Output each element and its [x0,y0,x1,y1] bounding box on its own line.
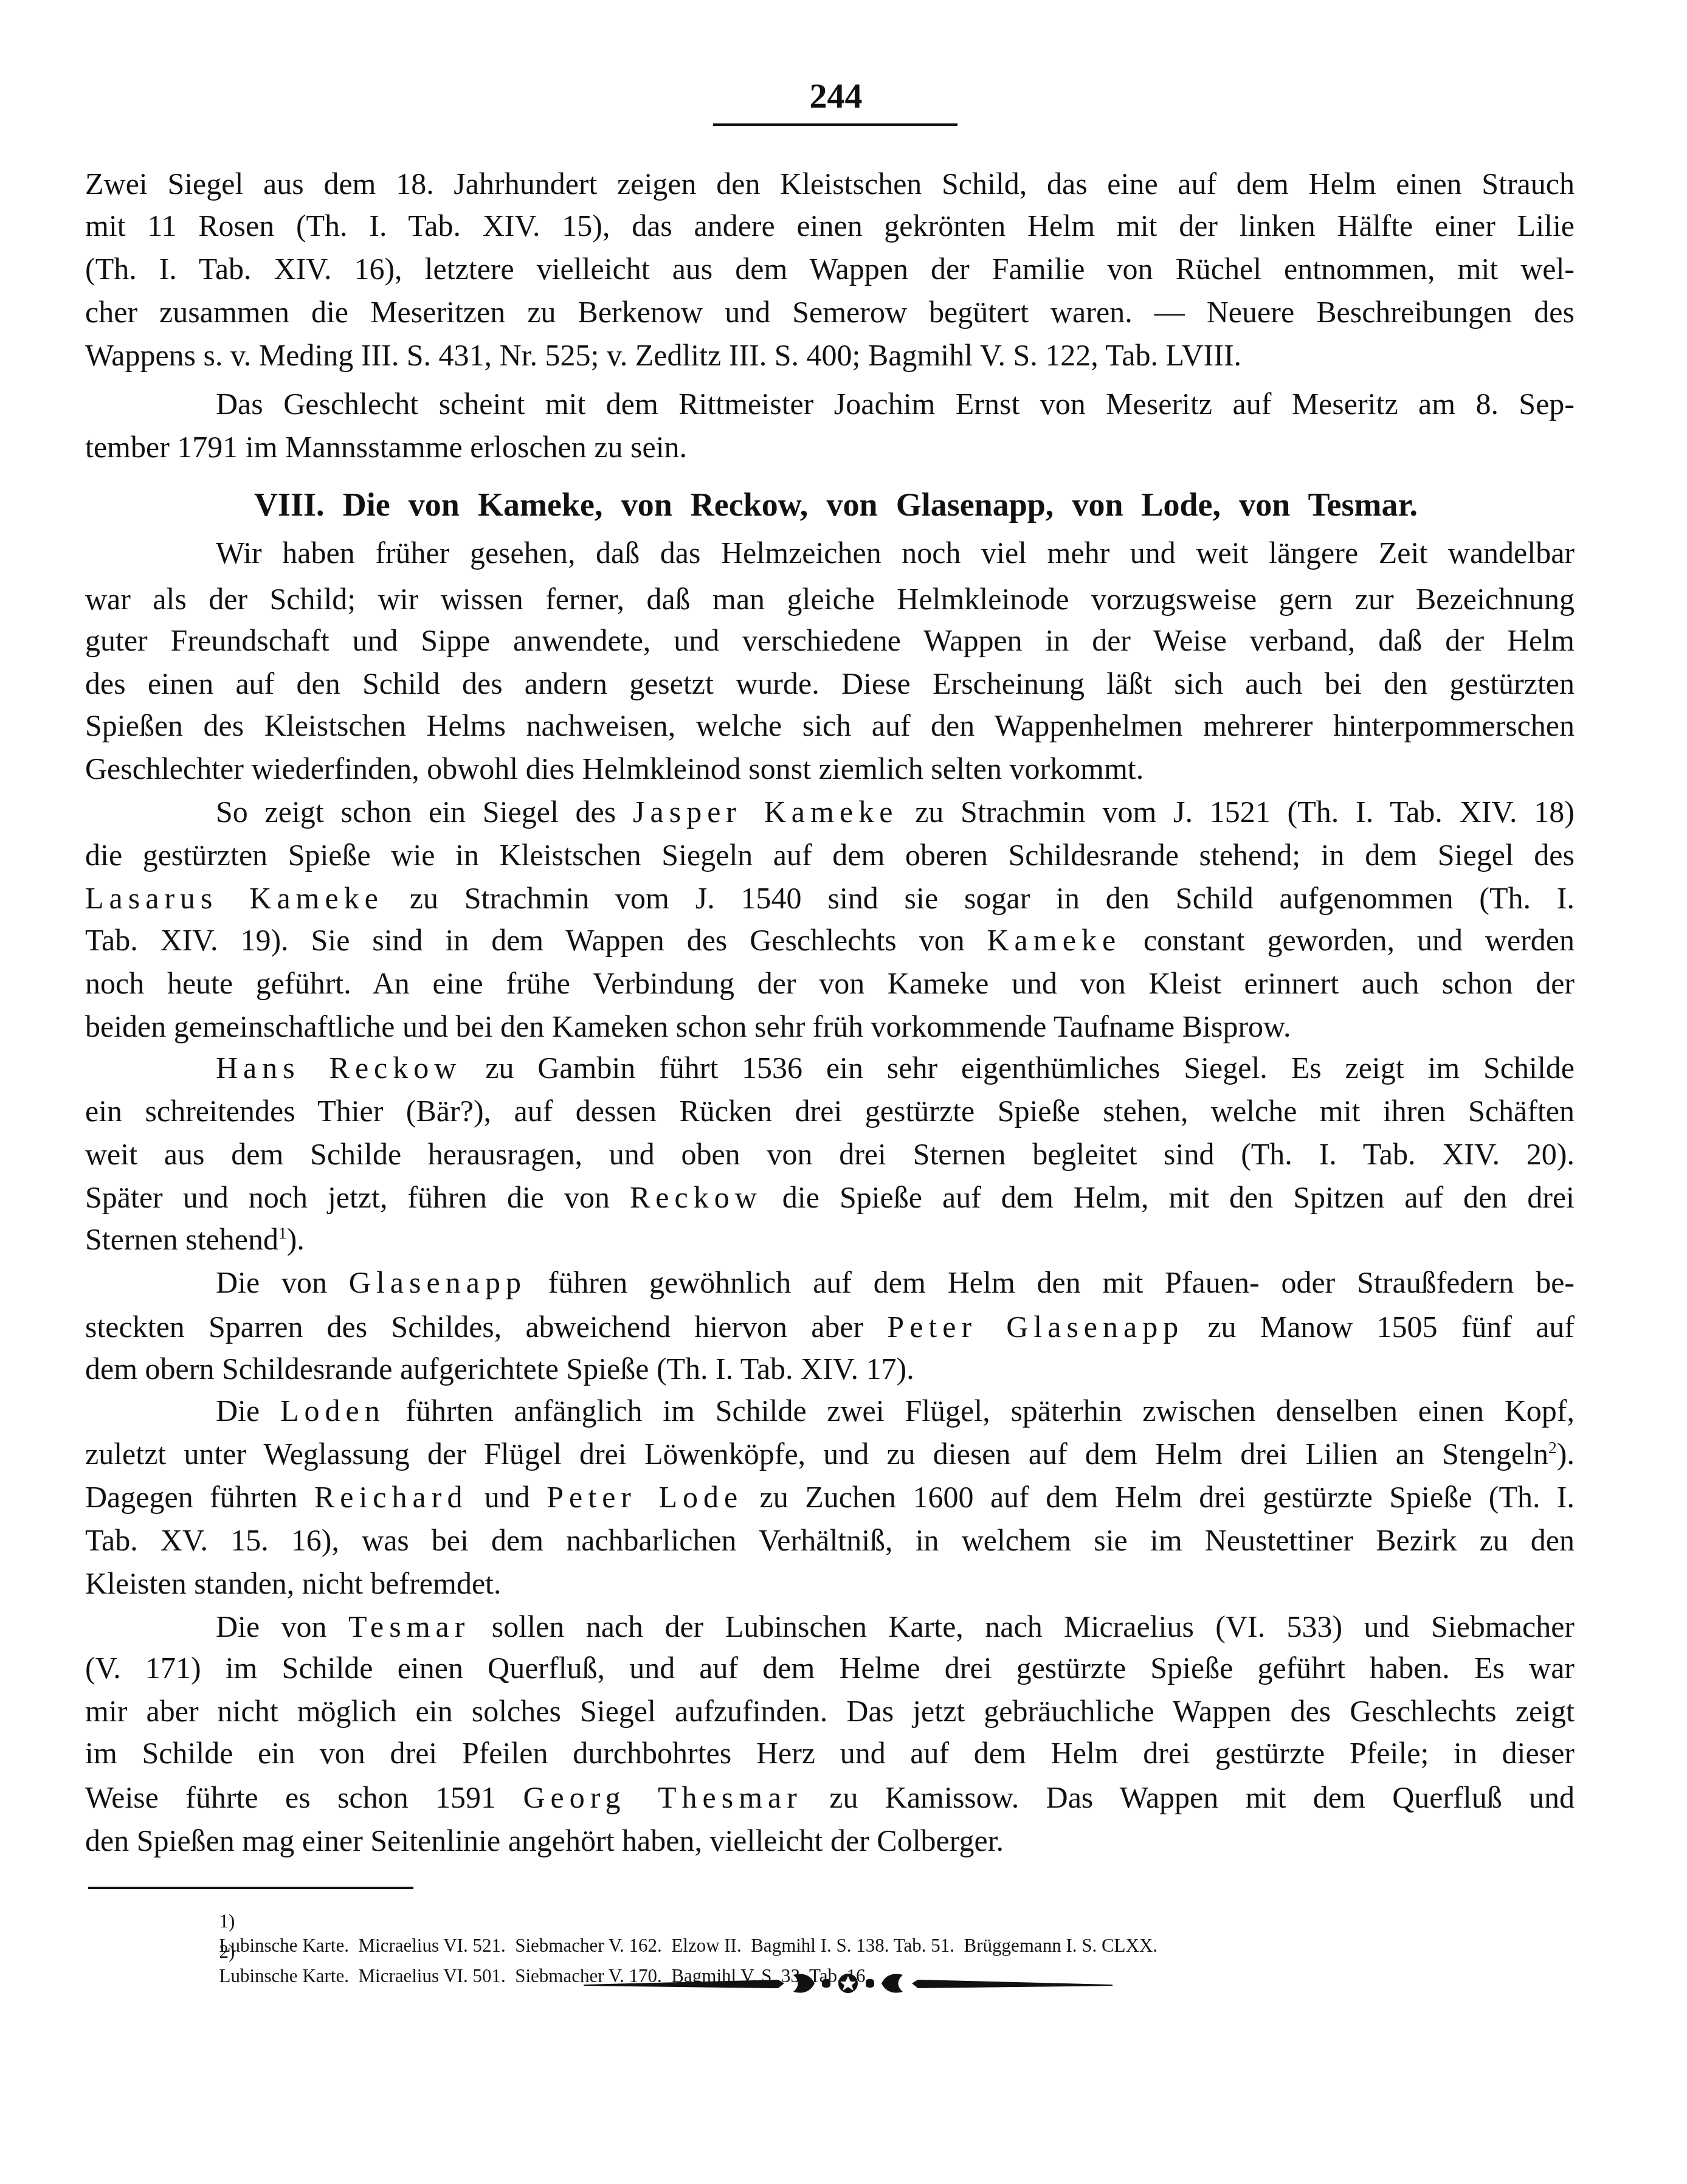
line-text: (V. 171) im Schilde einen Querfluß, und … [85,1651,1575,1685]
spaced-name: Tesmar [348,1609,470,1643]
spaced-name: Reichard [314,1480,467,1514]
text-line: Sternen stehend1). [85,1221,1575,1257]
footnote-reference: 2 [1548,1438,1557,1457]
section-numeral: VIII. [254,486,325,523]
page-number: 244 [790,78,881,114]
line-text: führten anfänglich im Schilde zwei Flüge… [385,1394,1575,1428]
line-text: Kleisten standen, nicht befremdet. [85,1566,502,1600]
line-text: steckten Sparren des Schildes, abweichen… [85,1310,887,1344]
line-text: noch heute geführt. An eine frühe Verbin… [85,966,1575,1000]
line-text: ein schreitendes Thier (Bär?), auf desse… [85,1094,1575,1128]
line-text: Tab. XIV. 19). Sie sind in dem Wappen de… [85,923,987,957]
line-text: Weise führte es schon 1591 [85,1780,523,1814]
text-line: tember 1791 im Mannsstamme erloschen zu … [85,429,1575,465]
text-line: Zwei Siegel aus dem 18. Jahrhundert zeig… [85,165,1575,202]
line-text: constant geworden, und werden [1121,923,1575,957]
spaced-name: Hans Reckow [216,1051,461,1085]
line-text: Wir haben früher gesehen, daß das Helmze… [216,536,1575,570]
line-text: und [467,1480,547,1514]
line-text: Geschlechter wiederfinden, obwohl dies H… [85,752,1144,786]
spaced-name: Glasenapp [349,1265,526,1299]
text-line: Lasarus Kameke zu Strachmin vom J. 1540 … [85,880,1575,916]
line-text: weit aus dem Schilde herausragen, und ob… [85,1137,1575,1171]
text-line: Dagegen führten Reichard und Peter Lode … [85,1479,1575,1515]
text-line: Die von Glasenapp führen gewöhnlich auf … [216,1264,1575,1301]
line-text: cher zusammen die Meseritzen zu Berkenow… [85,295,1575,329]
line-text: zu Strachmin vom J. 1540 sind sie sogar … [384,881,1575,915]
line-text: dem obern Schildesrande aufgerichtete Sp… [85,1352,914,1386]
ornament-end-rule-icon [584,1970,1113,1997]
text-line: steckten Sparren des Schildes, abweichen… [85,1308,1575,1345]
line-text: den Spießen mag einer Seitenlinie angehö… [85,1823,1004,1857]
line-text: war als der Schild; wir wissen ferner, d… [85,582,1575,616]
line-text: Die von [216,1609,348,1643]
line-text: Wappens s. v. Meding III. S. 431, Nr. 52… [85,338,1241,372]
text-line: Hans Reckow zu Gambin führt 1536 ein seh… [216,1049,1575,1086]
spaced-name: Peter Lode [547,1480,743,1514]
text-line: des einen auf den Schild des andern gese… [85,665,1575,702]
spaced-name: Lasarus Kameke [85,881,384,915]
line-text: Zwei Siegel aus dem 18. Jahrhundert zeig… [85,167,1575,201]
text-line: (Th. I. Tab. XIV. 16), letztere vielleic… [85,251,1575,287]
text-line: noch heute geführt. An eine frühe Verbin… [85,965,1575,1001]
line-text: Dagegen führten [85,1480,314,1514]
line-text: ). [1557,1437,1575,1471]
line-text: So zeigt schon ein Siegel des [216,795,633,829]
line-text: die gestürzten Spieße wie in Kleistschen… [85,838,1575,872]
line-text: Spießen des Kleistschen Helms nachweisen… [85,708,1575,742]
text-line: mit 11 Rosen (Th. I. Tab. XIV. 15), das … [85,207,1575,244]
line-text: sollen nach der Lubinschen Karte, nach M… [470,1609,1575,1643]
section-heading: VIII. Die von Kameke, von Reckow, von Gl… [254,486,1418,523]
text-line: Kleisten standen, nicht befremdet. [85,1565,1575,1602]
text-line: zuletzt unter Weglassung der Flügel drei… [85,1436,1575,1472]
text-line: mir aber nicht möglich ein solches Siege… [85,1693,1575,1729]
text-line: So zeigt schon ein Siegel des Jasper Kam… [216,793,1575,830]
text-line: cher zusammen die Meseritzen zu Berkenow… [85,294,1575,330]
line-text: zu Gambin führt 1536 ein sehr eigenthüml… [461,1051,1575,1085]
text-line: den Spießen mag einer Seitenlinie angehö… [85,1822,1575,1859]
text-line: Spießen des Kleistschen Helms nachweisen… [85,707,1575,744]
line-text: Die von [216,1265,349,1299]
text-line: ein schreitendes Thier (Bär?), auf desse… [85,1093,1575,1129]
section-title: Die von Kameke, von Reckow, von Glasenap… [343,486,1418,523]
line-text: mir aber nicht möglich ein solches Siege… [85,1694,1575,1728]
text-line: Wappens s. v. Meding III. S. 431, Nr. 52… [85,337,1575,373]
line-text: beiden gemeinschaftliche und bei den Kam… [85,1009,1291,1043]
footnote-reference: 1 [278,1223,287,1242]
text-line: Die Loden führten anfänglich im Schilde … [216,1392,1575,1429]
text-line: Wir haben früher gesehen, daß das Helmze… [216,534,1575,571]
line-text: Später und noch jetzt, führen die von [85,1180,630,1214]
line-text: zu Strachmin vom J. 1521 (Th. I. Tab. XI… [898,795,1575,829]
text-line: Weise führte es schon 1591 Georg Thesmar… [85,1779,1575,1816]
line-text: zu Kamissow. Das Wappen mit dem Querfluß… [802,1780,1575,1814]
text-line: im Schilde ein von drei Pfeilen durchboh… [85,1735,1575,1771]
text-line: (V. 171) im Schilde einen Querfluß, und … [85,1650,1575,1686]
line-text: im Schilde ein von drei Pfeilen durchboh… [85,1736,1575,1770]
text-line: dem obern Schildesrande aufgerichtete Sp… [85,1350,1575,1387]
text-line: Tab. XIV. 19). Sie sind in dem Wappen de… [85,922,1575,958]
line-text: guter Freundschaft und Sippe anwendete, … [85,623,1575,657]
spaced-name: Georg Thesmar [523,1780,802,1814]
line-text: Die [216,1394,280,1428]
text-line: Geschlechter wiederfinden, obwohl dies H… [85,750,1575,787]
line-text: führen gewöhnlich auf dem Helm den mit P… [526,1265,1575,1299]
page-number-rule [713,123,957,126]
spaced-name: Reckow [630,1180,762,1214]
spaced-name: Loden [280,1394,385,1428]
text-line: guter Freundschaft und Sippe anwendete, … [85,622,1575,658]
text-line: Später und noch jetzt, führen die von Re… [85,1179,1575,1215]
text-line: beiden gemeinschaftliche und bei den Kam… [85,1008,1575,1045]
line-text: zu Manow 1505 fünf auf [1184,1310,1575,1344]
line-text: ). [287,1222,305,1256]
line-text: Sternen stehend [85,1222,278,1256]
text-line: die gestürzten Spieße wie in Kleistschen… [85,837,1575,873]
line-text: Das Geschlecht scheint mit dem Rittmeist… [216,387,1575,421]
text-line: Tab. XV. 15. 16), was bei dem nachbarlic… [85,1522,1575,1558]
text-line: war als der Schild; wir wissen ferner, d… [85,581,1575,617]
line-text: zuletzt unter Weglassung der Flügel drei… [85,1437,1548,1471]
spaced-name: Jasper Kameke [633,795,898,829]
line-text: des einen auf den Schild des andern gese… [85,666,1575,700]
line-text: tember 1791 im Mannsstamme erloschen zu … [85,430,687,464]
line-text: die Spieße auf dem Helm, mit den Spitzen… [762,1180,1575,1214]
text-line: Die von Tesmar sollen nach der Lubinsche… [216,1608,1575,1645]
text-line: weit aus dem Schilde herausragen, und ob… [85,1136,1575,1172]
line-text: (Th. I. Tab. XIV. 16), letztere vielleic… [85,252,1575,286]
footnote-marker: 2) [219,1941,235,1962]
line-text: zu Zuchen 1600 auf dem Helm drei gestürz… [743,1480,1575,1514]
text-line: Das Geschlecht scheint mit dem Rittmeist… [216,385,1575,422]
line-text: mit 11 Rosen (Th. I. Tab. XIV. 15), das … [85,209,1575,243]
spaced-name: Kameke [987,923,1122,957]
spaced-name: Peter Glasenapp [887,1310,1184,1344]
line-text: Tab. XV. 15. 16), was bei dem nachbarlic… [85,1523,1575,1557]
